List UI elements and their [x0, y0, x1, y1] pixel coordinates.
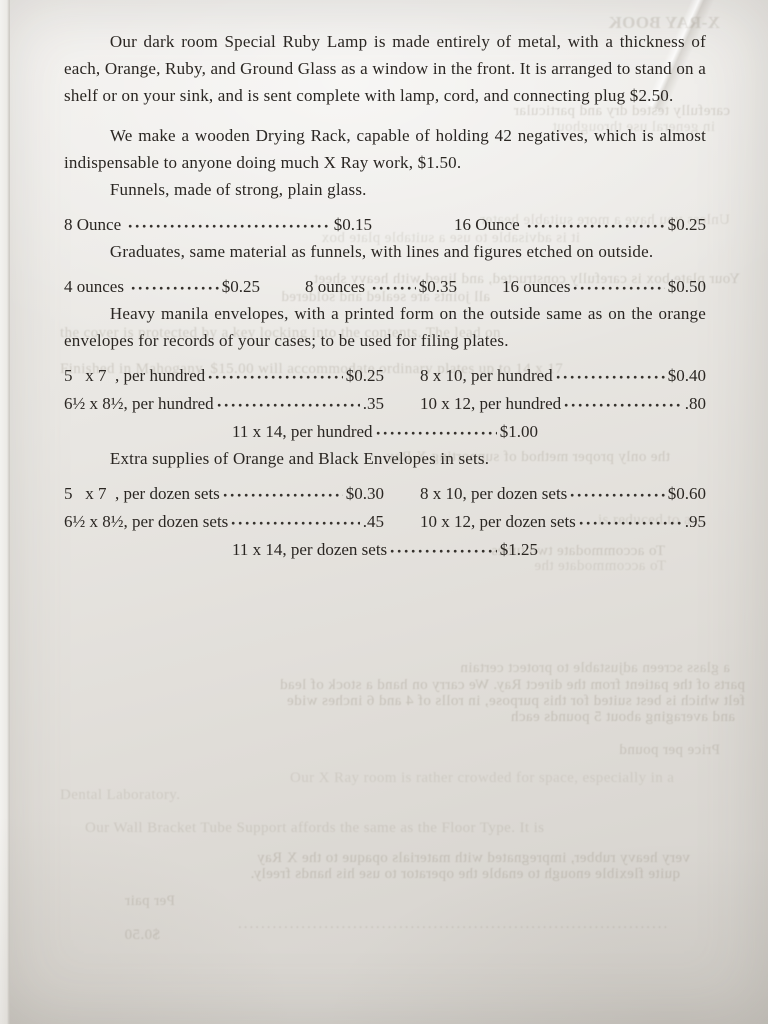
price-item: 5 x 7 , per hundred$0.25 [64, 361, 384, 389]
manila-price-row-1: 5 x 7 , per hundred$0.25 8 x 10, per hun… [64, 361, 706, 389]
dot-leader [570, 479, 664, 499]
price-item: 11 x 14, per hundred$1.00 [232, 417, 538, 445]
dot-leader [372, 272, 416, 292]
item-label: 11 x 14, per dozen sets [232, 536, 387, 563]
price-item: 6½ x 8½, per dozen sets.45 [64, 507, 384, 535]
item-price: $0.50 [668, 273, 706, 300]
dot-leader [217, 389, 360, 409]
item-price: $0.25 [222, 273, 260, 300]
item-price: $0.25 [668, 211, 706, 238]
item-price: $0.40 [668, 362, 706, 389]
item-label: 8 ounces [305, 273, 369, 300]
item-label: 8 x 10, per hundred [420, 362, 553, 389]
item-label: 8 x 10, per dozen sets [420, 480, 567, 507]
funnels-price-row: 8 Ounce $0.15 16 Ounce $0.25 [64, 210, 706, 238]
item-price: $0.60 [668, 480, 706, 507]
catalog-page-photo: X-RAY BOOK carefully tested dry and part… [0, 0, 768, 1024]
manila-price-row-2: 6½ x 8½, per hundred.35 10 x 12, per hun… [64, 389, 706, 417]
dot-leader [131, 272, 219, 292]
sets-price-row-center: 11 x 14, per dozen sets$1.25 [64, 535, 706, 563]
price-item: 8 x 10, per dozen sets$0.60 [420, 479, 706, 507]
paragraph-drying-rack: We make a wooden Drying Rack, capable of… [64, 122, 706, 176]
price-item: 16 ounces$0.50 [502, 272, 706, 300]
item-label: 16 ounces [502, 273, 570, 300]
dot-leader [128, 210, 330, 230]
dot-leader [573, 272, 664, 292]
dot-leader [231, 507, 359, 527]
dot-leader [208, 361, 343, 381]
item-price: $1.25 [500, 536, 538, 563]
item-label: 5 x 7 , per dozen sets [64, 480, 220, 507]
dot-leader [376, 417, 497, 437]
price-item: 5 x 7 , per dozen sets$0.30 [64, 479, 384, 507]
dot-leader [223, 479, 343, 499]
paragraph-ruby-lamp: Our dark room Special Ruby Lamp is made … [64, 28, 706, 109]
item-label: 16 Ounce [454, 211, 524, 238]
item-price: $1.00 [500, 418, 538, 445]
dot-leader [390, 535, 497, 555]
dot-leader [527, 210, 665, 230]
dot-leader [579, 507, 682, 527]
manila-envelopes-heading: Heavy manila envelopes, with a printed f… [64, 300, 706, 354]
price-item: 4 ounces $0.25 [64, 272, 260, 300]
item-label: 11 x 14, per hundred [232, 418, 373, 445]
dot-leader [564, 389, 682, 409]
sets-price-row-2: 6½ x 8½, per dozen sets.45 10 x 12, per … [64, 507, 706, 535]
item-price: .80 [685, 390, 706, 417]
item-price: $0.30 [346, 480, 384, 507]
page-content: Our dark room Special Ruby Lamp is made … [0, 0, 768, 1024]
item-label: 6½ x 8½, per hundred [64, 390, 214, 417]
sets-price-row-1: 5 x 7 , per dozen sets$0.30 8 x 10, per … [64, 479, 706, 507]
dot-leader [556, 361, 665, 381]
manila-price-row-center: 11 x 14, per hundred$1.00 [64, 417, 706, 445]
price-item: 8 Ounce $0.15 [64, 210, 372, 238]
price-item: 10 x 12, per hundred.80 [420, 389, 706, 417]
item-price: .35 [363, 390, 384, 417]
price-item: 8 x 10, per hundred$0.40 [420, 361, 706, 389]
envelope-sets-heading: Extra supplies of Orange and Black Envel… [64, 445, 706, 472]
item-label: 10 x 12, per hundred [420, 390, 561, 417]
price-item: 10 x 12, per dozen sets.95 [420, 507, 706, 535]
item-label: 10 x 12, per dozen sets [420, 508, 576, 535]
item-price: $0.35 [419, 273, 457, 300]
item-price: .95 [685, 508, 706, 535]
price-item: 11 x 14, per dozen sets$1.25 [232, 535, 538, 563]
item-label: 8 Ounce [64, 211, 125, 238]
price-item: 6½ x 8½, per hundred.35 [64, 389, 384, 417]
item-label: 6½ x 8½, per dozen sets [64, 508, 228, 535]
item-label: 4 ounces [64, 273, 128, 300]
item-price: .45 [363, 508, 384, 535]
item-price: $0.25 [346, 362, 384, 389]
graduates-heading: Graduates, same material as funnels, wit… [64, 238, 706, 265]
funnels-heading: Funnels, made of strong, plain glass. [64, 176, 706, 203]
item-price: $0.15 [334, 211, 372, 238]
graduates-price-row: 4 ounces $0.25 8 ounces $0.35 16 ounces$… [64, 272, 706, 300]
price-item: 8 ounces $0.35 [305, 272, 457, 300]
item-label: 5 x 7 , per hundred [64, 362, 205, 389]
price-item: 16 Ounce $0.25 [454, 210, 706, 238]
